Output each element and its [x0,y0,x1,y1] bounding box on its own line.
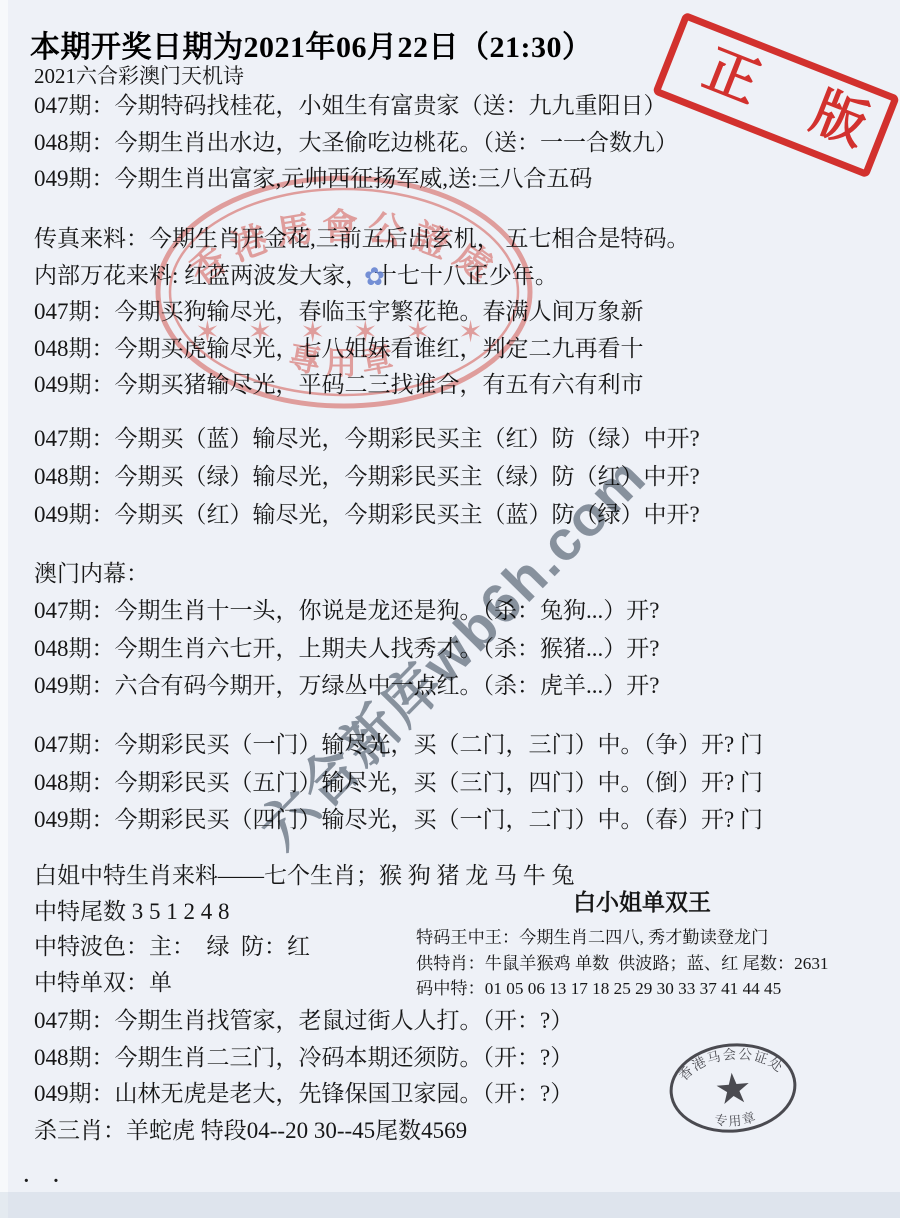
final-tips-lines: 047期：今期生肖找管家，老鼠过街人人打。（开：?） 048期：今期生肖二三门，… [34,1002,573,1148]
star-icon: ★ [712,1065,754,1114]
text-line: 杀三肖：羊蛇虎 特段04--20 30--45尾数4569 [34,1112,573,1149]
genuine-stamp: 正版 [652,12,900,179]
text-line: 049期：今期彩民买（四门）输尽光，买（一门，二门）中。（春）开? 门 [34,801,763,839]
macau-insider-header: 澳门内幕： [34,555,149,588]
text-line: 047期：今期特码找桂花，小姐生有富贵家（送：九九重阳日） [34,87,678,124]
macau-insider-lines: 047期：今期生肖十一头，你说是龙还是狗。（杀：兔狗...）开? 048期：今期… [34,592,659,705]
text-line: 特码王中王：今期生肖二四八, 秀才勤读登龙门 [416,923,868,949]
text-line: 048期：今期生肖出水边，大圣偷吃边桃花。（送：一一合数九） [34,124,678,161]
scanned-lottery-sheet: 本期开奖日期为2021年06月22日（21:30） 2021六合彩澳门天机诗 0… [0,0,900,1218]
svg-text:香港馬會公證處: 香港馬會公證處 [182,207,506,293]
svg-text:專用章: 專用章 [286,339,402,381]
baixiaojie-header: 白小姐单双王 [416,884,868,917]
baixiaojie-block: 白小姐单双王 特码王中王：今期生肖二四八, 秀才勤读登龙门 供特肖：牛鼠羊猴鸡 … [416,884,868,1000]
tianji-poem-header: 2021六合彩澳门天机诗 [34,60,244,90]
seal-top-text: 香港馬會公證處 [182,207,506,293]
text-line: 048期：今期生肖六七开，上期夫人找秀才。（杀：猴猪...）开? [34,630,659,668]
text-line: 供特肖：牛鼠羊猴鸡 单数 供波路；蓝、红 尾数：2631 [416,949,868,975]
seal-bottom-text: 專用章 [286,339,402,381]
text-line: 047期：今期生肖十一头，你说是龙还是狗。（杀：兔狗...）开? [34,592,659,630]
flower-icon: ✿ [364,262,385,292]
text-line: 047期：今期生肖找管家，老鼠过街人人打。（开：?） [34,1002,573,1039]
footer-dots: · · [23,1170,68,1193]
page-left-edge [0,0,8,1218]
notary-office-seal: 香港马会公证处 ★ 专用章 [658,1032,808,1144]
seal-stars: ✶ ✶ ✶ ✶ ✶ ✶ [195,316,493,349]
text-line: 048期：今期彩民买（五门）输尽光，买（三门，四门）中。（倒）开? 门 [34,764,763,802]
page-bottom-edge [0,1192,900,1218]
hk-jockey-club-oval-seal: 香港馬會公證處 ✶ ✶ ✶ ✶ ✶ ✶ 專用章 [150,170,538,415]
text-line: 049期：山林无虎是老大，先锋保国卫家园。（开：?） [34,1075,573,1112]
text-line: 048期：今期生肖二三门，冷码本期还须防。（开：?） [34,1039,573,1076]
text-line: 码中特：01 05 06 13 17 18 25 29 30 33 37 41 … [416,974,868,1000]
